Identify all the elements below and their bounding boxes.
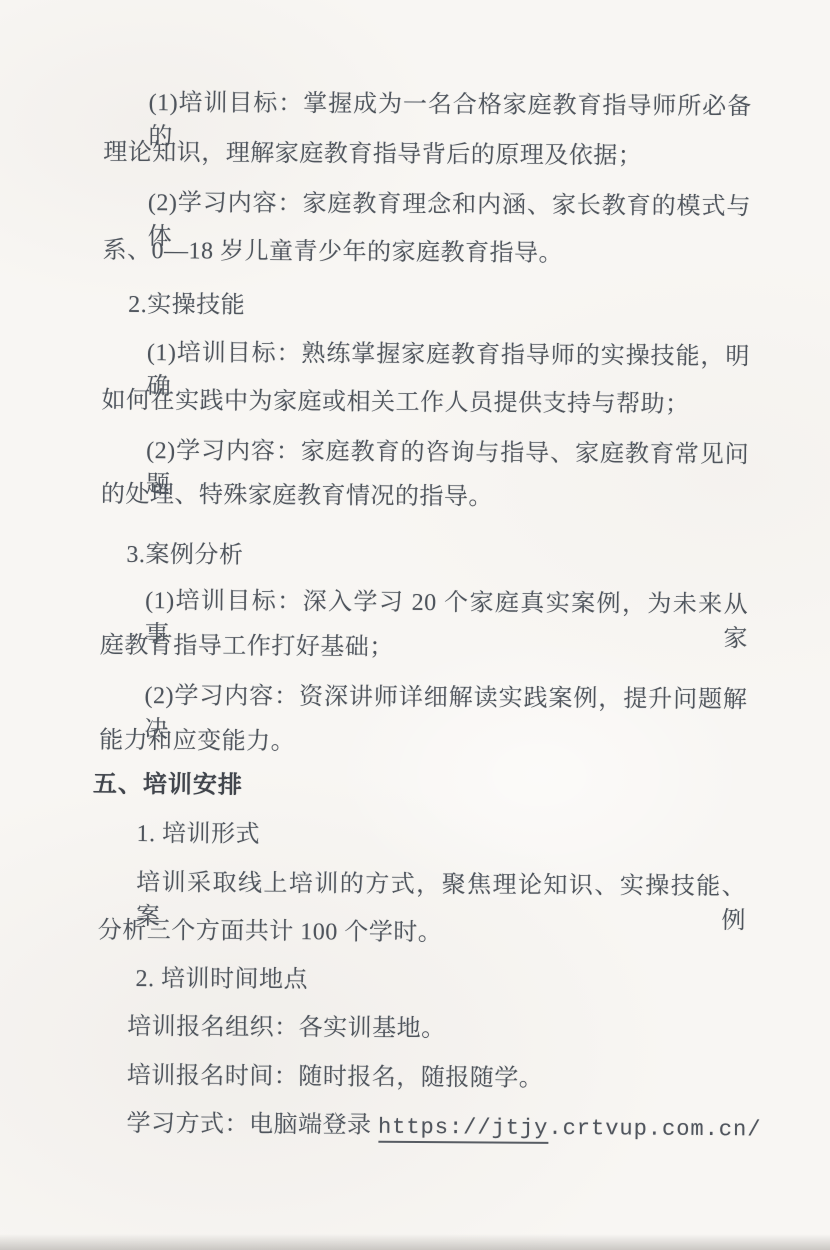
training-platform-url-underlined: https://jtjy — [378, 1115, 549, 1144]
section-heading-training-arrangement: 五、培训安排 — [93, 768, 243, 803]
study-method-prefix: 学习方式：电脑端登录 — [126, 1111, 378, 1139]
registration-time-line: 培训报名时间：随时报名，随报随学。 — [127, 1059, 544, 1096]
training-goal-theory-line-2: 理论知识，理解家庭教育指导背后的原理及依据； — [103, 136, 642, 174]
training-format-detail-line-2: 分析三个方面共计 100 个学时。 — [98, 914, 443, 950]
training-platform-url-rest: .crtvup.com.cn/ — [548, 1116, 761, 1142]
registration-organization-line: 培训报名组织：各实训基地。 — [127, 1010, 446, 1046]
document-text-block: (1)培训目标：掌握成为一名合格家庭教育指导师所必备的 理论知识，理解家庭教育指… — [96, 0, 753, 1250]
study-content-case-line-2: 能力和应变能力。 — [99, 724, 295, 759]
study-content-theory-line-2: 系、0—18 岁儿童青少年的家庭教育指导。 — [102, 234, 563, 271]
item-training-format: 1. 培训形式 — [136, 817, 260, 852]
study-method-line: 学习方式：电脑端登录 https://jtjy.crtvup.com.cn/ — [126, 1107, 761, 1147]
training-goal-practical-line-2: 如何在实践中为家庭或相关工作人员提供支持与帮助； — [101, 384, 689, 422]
scanned-document-page: (1)培训目标：掌握成为一名合格家庭教育指导师所必备的 理论知识，理解家庭教育指… — [0, 0, 830, 1250]
subsection-practical-skills: 2.实操技能 — [128, 288, 245, 323]
item-training-time-place: 2. 培训时间地点 — [135, 962, 308, 997]
subsection-case-analysis: 3.案例分析 — [126, 538, 243, 573]
study-content-practical-line-2: 的处理、特殊家庭教育情况的指导。 — [101, 478, 493, 515]
training-goal-case-line-2: 庭教育指导工作打好基础； — [100, 629, 394, 665]
